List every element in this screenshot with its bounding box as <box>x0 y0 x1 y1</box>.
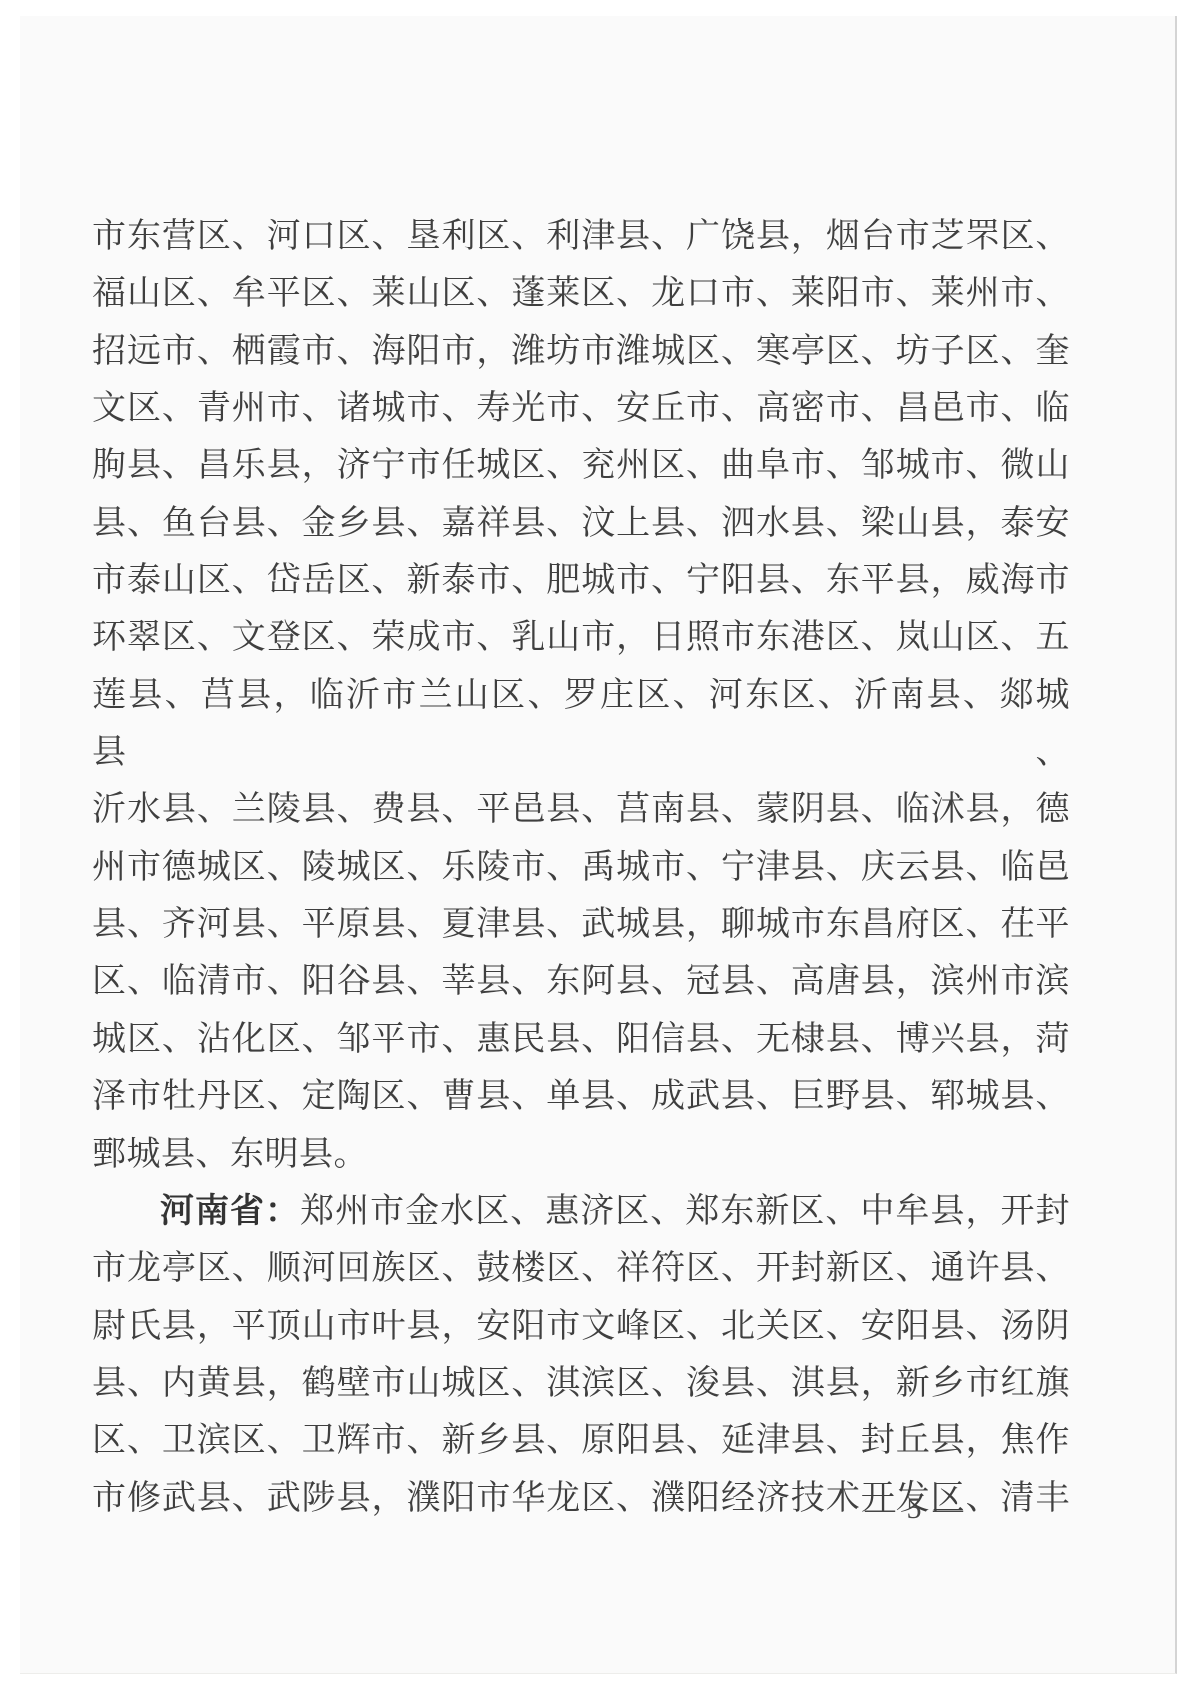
paragraph-henan: 河南省：郑州市金水区、惠济区、郑东新区、中牟县，开封 市龙亭区、顺河回族区、鼓楼… <box>92 1183 1070 1527</box>
text-line: 市东营区、河口区、垦利区、利津县、广饶县，烟台市芝罘区、 <box>92 208 1070 265</box>
text-line: 河南省：郑州市金水区、惠济区、郑东新区、中牟县，开封 <box>92 1183 1070 1240</box>
text-line: 州市德城区、陵城区、乐陵市、禹城市、宁津县、庆云县、临邑 <box>92 839 1070 896</box>
text-line: 沂水县、兰陵县、费县、平邑县、莒南县、蒙阴县、临沭县，德 <box>92 781 1070 838</box>
text-line: 朐县、昌乐县，济宁市任城区、兖州区、曲阜市、邹城市、微山 <box>92 437 1070 494</box>
text-line: 泽市牡丹区、定陶区、曹县、单县、成武县、巨野县、郓城县、 <box>92 1068 1070 1125</box>
paragraph-shandong-continuation: 市东营区、河口区、垦利区、利津县、广饶县，烟台市芝罘区、 福山区、牟平区、莱山区… <box>92 208 1070 1183</box>
text-line: 区、卫滨区、卫辉市、新乡县、原阳县、延津县、封丘县，焦作 <box>92 1412 1070 1469</box>
text-run: 郑州市金水区、惠济区、郑东新区、中牟县，开封 <box>300 1193 1070 1230</box>
text-line: 县、内黄县，鹤壁市山城区、淇滨区、浚县、淇县，新乡市红旗 <box>92 1355 1070 1412</box>
text-line: 城区、沾化区、邹平市、惠民县、阳信县、无棣县、博兴县，菏 <box>92 1011 1070 1068</box>
text-line: 市龙亭区、顺河回族区、鼓楼区、祥符区、开封新区、通许县、 <box>92 1240 1070 1297</box>
text-line: 环翠区、文登区、荣成市、乳山市，日照市东港区、岚山区、五 <box>92 609 1070 666</box>
text-line: 尉氏县，平顶山市叶县，安阳市文峰区、北关区、安阳县、汤阴 <box>92 1298 1070 1355</box>
page-content: 市东营区、河口区、垦利区、利津县、广饶县，烟台市芝罘区、 福山区、牟平区、莱山区… <box>92 208 1070 1527</box>
page-number: — 5 — <box>865 1493 985 1525</box>
text-line: 招远市、栖霞市、海阳市，潍坊市潍城区、寒亭区、坊子区、奎 <box>92 323 1070 380</box>
text-line: 福山区、牟平区、莱山区、蓬莱区、龙口市、莱阳市、莱州市、 <box>92 265 1070 322</box>
text-line: 文区、青州市、诸城市、寿光市、安丘市、高密市、昌邑市、临 <box>92 380 1070 437</box>
text-line: 鄄城县、东明县。 <box>92 1126 1070 1183</box>
text-line: 市泰山区、岱岳区、新泰市、肥城市、宁阳县、东平县，威海市 <box>92 552 1070 609</box>
text-line: 县、齐河县、平原县、夏津县、武城县，聊城市东昌府区、茌平 <box>92 896 1070 953</box>
scanned-page: 市东营区、河口区、垦利区、利津县、广饶县，烟台市芝罘区、 福山区、牟平区、莱山区… <box>20 16 1177 1674</box>
province-label-henan: 河南省： <box>160 1193 300 1230</box>
text-line: 区、临清市、阳谷县、莘县、东阿县、冠县、高唐县，滨州市滨 <box>92 953 1070 1010</box>
text-line: 莲县、莒县，临沂市兰山区、罗庄区、河东区、沂南县、郯城县、 <box>92 667 1070 782</box>
text-line: 县、鱼台县、金乡县、嘉祥县、汶上县、泗水县、梁山县，泰安 <box>92 495 1070 552</box>
